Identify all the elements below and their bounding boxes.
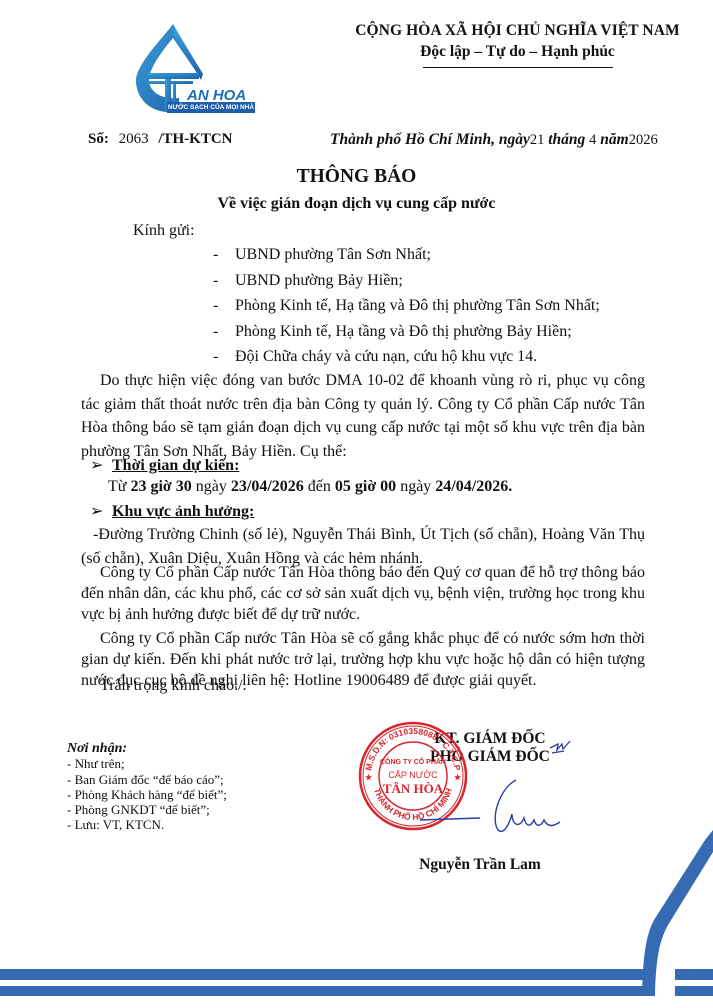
document-title: THÔNG BÁO [0, 166, 713, 188]
month-label: tháng [548, 131, 585, 148]
distribution-item: - Phòng Khách hàng “để biết”; [67, 787, 227, 802]
place-date: Thành phố Hồ Chí Minh, ngày21 tháng 4 nă… [330, 131, 658, 149]
support-paragraph: Công ty Cổ phần Cấp nước Tân Hòa thông b… [81, 562, 645, 625]
time-heading: ➢Thời gian dự kiến: [90, 455, 239, 475]
svg-text:CÔNG TY CỔ PHẦN: CÔNG TY CỔ PHẦN [380, 756, 446, 766]
date-month: 4 [589, 132, 596, 148]
addressee-item: -Phòng Kinh tế, Hạ tầng và Đô thị phường… [213, 297, 600, 323]
arrow-bullet-icon: ➢ [90, 455, 112, 475]
intro-paragraph: Do thực hiện việc đóng van bước DMA 10-0… [81, 369, 645, 463]
logo-slogan: NƯỚC SẠCH CỦA MỌI NHÀ [167, 102, 255, 113]
handwritten-signature-icon [420, 778, 580, 838]
distribution-item: - Như trên; [67, 756, 227, 771]
svg-text:★: ★ [365, 773, 373, 782]
date-day: 21 [530, 132, 545, 148]
addressee-list: -UBND phường Tân Sơn Nhất; -UBND phường … [213, 246, 600, 374]
addressee-label: Kính gửi: [133, 222, 195, 240]
footer-stripes-decoration [0, 830, 713, 1008]
closing-line: Trân trọng kính chào./. [100, 677, 247, 695]
doc-number-label: Số: [88, 131, 109, 147]
initial-mark-icon [548, 738, 578, 756]
year-label: năm [600, 131, 628, 148]
motto-underline [423, 67, 613, 68]
date-year: 2026 [629, 132, 658, 148]
national-motto: Độc lập – Tự do – Hạnh phúc [330, 43, 705, 61]
distribution-heading: Nơi nhận: [67, 741, 227, 756]
tan-hoa-water-drop-logo-icon: AN HOA WATER [133, 20, 255, 115]
place-prefix: Thành phố Hồ Chí Minh, ngày [330, 131, 530, 148]
doc-number-suffix: /TH-KTCN [158, 131, 232, 147]
time-range: Từ 23 giờ 30 ngày 23/04/2026 đến 05 giờ … [108, 478, 512, 496]
area-heading: ➢Khu vực ảnh hưởng: [90, 501, 254, 521]
distribution-item: - Phòng GNKDT “để biết”; [67, 802, 227, 817]
document-subtitle: Về việc gián đoạn dịch vụ cung cấp nước [0, 195, 713, 213]
addressee-item: -Phòng Kinh tế, Hạ tầng và Đô thị phường… [213, 323, 600, 349]
addressee-item: -UBND phường Bảy Hiền; [213, 272, 600, 298]
arrow-bullet-icon: ➢ [90, 501, 112, 521]
distribution-list: Nơi nhận: - Như trên; - Ban Giám đốc “để… [67, 741, 227, 833]
company-logo: AN HOA WATER NƯỚC SẠCH CỦA MỌI NHÀ [133, 20, 255, 115]
national-header: CỘNG HÒA XÃ HỘI CHỦ NGHĨA VIỆT NAM Độc l… [330, 22, 705, 68]
addressee-item: -UBND phường Tân Sơn Nhất; [213, 246, 600, 272]
doc-number-value: 2063 [119, 131, 149, 147]
nation-name: CỘNG HÒA XÃ HỘI CHỦ NGHĨA VIỆT NAM [330, 22, 705, 40]
distribution-item: - Ban Giám đốc “để báo cáo”; [67, 772, 227, 787]
document-number: Số: 2063 /TH-KTCN [88, 131, 233, 148]
